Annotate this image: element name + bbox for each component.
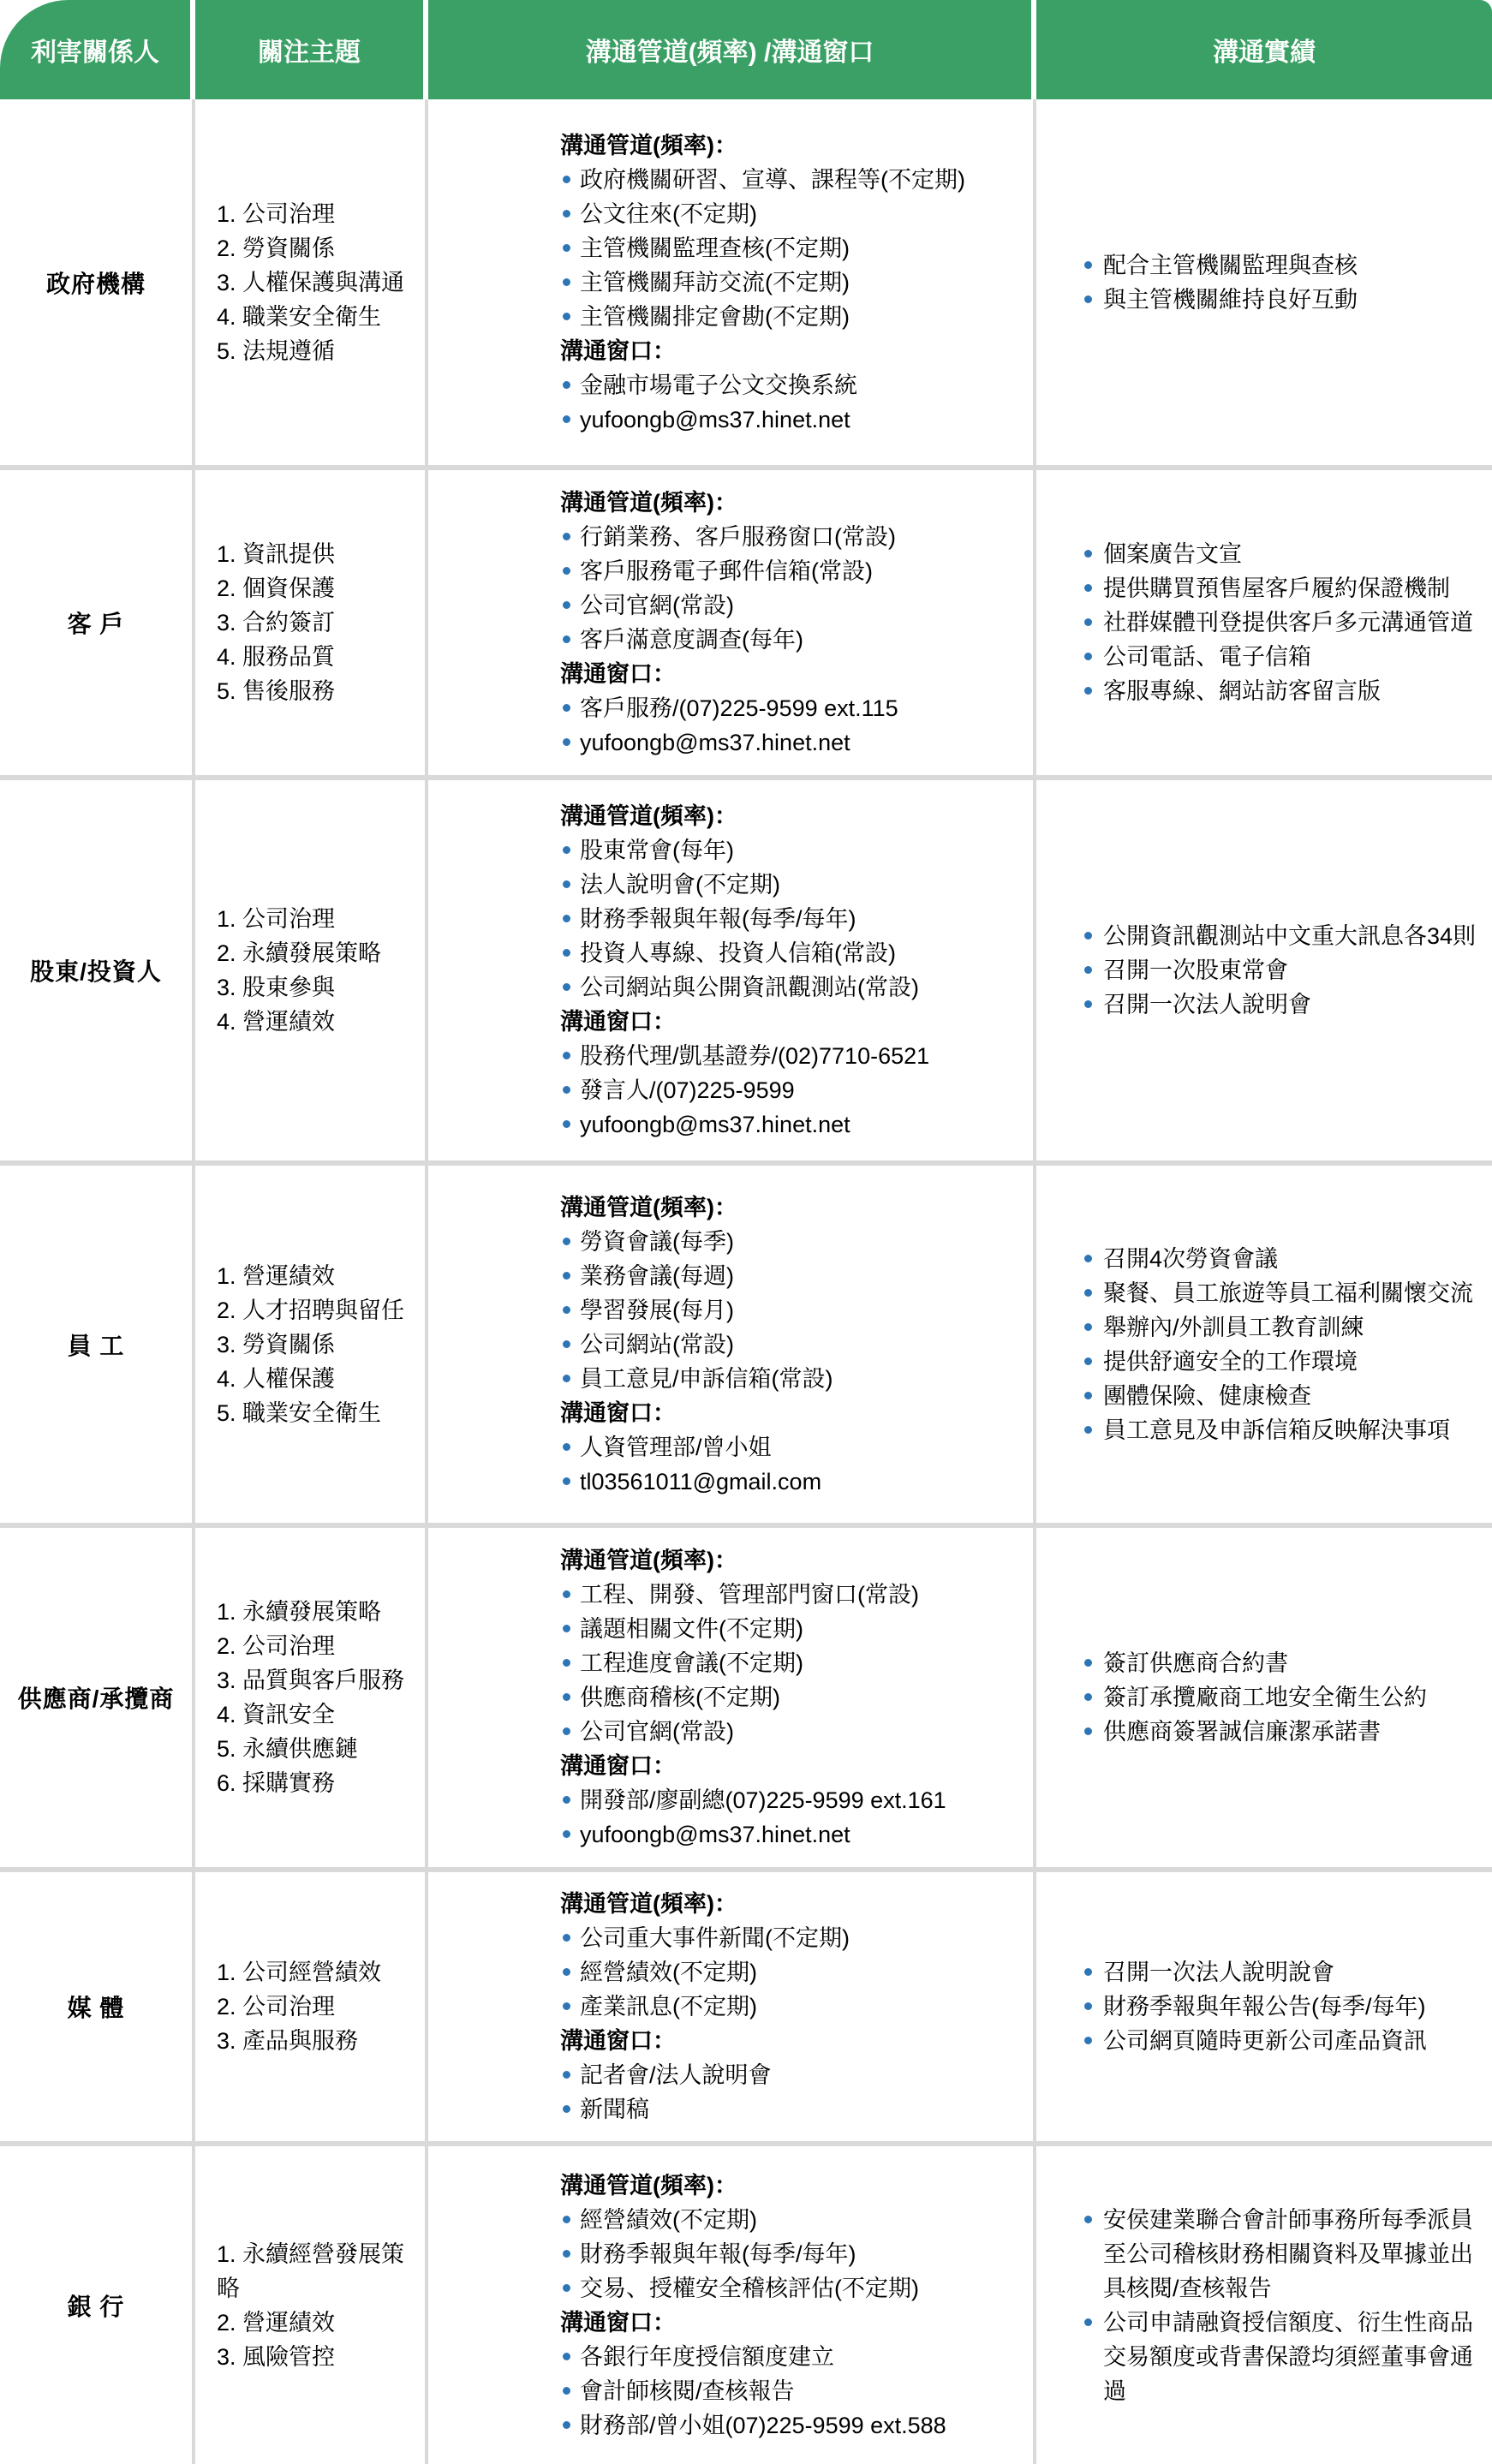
bullet-icon: [563, 983, 570, 991]
channel-item-text: 經營績效(不定期): [580, 1955, 757, 1990]
topic-item: 2. 勞資關係: [217, 231, 425, 265]
bullet-icon: [563, 1934, 570, 1942]
bullet-icon: [563, 381, 570, 389]
channels-cell: 溝通管道(頻率)：經營績效(不定期)財務季報與年報(每季/每年)交易、授權安全稽…: [428, 2141, 1036, 2464]
bullet-icon: [563, 278, 570, 286]
bullet-icon: [563, 949, 570, 957]
topic-item: 3. 人權保護與溝通: [217, 265, 425, 300]
result-item: 簽訂承攬廠商工地安全衛生公約: [1084, 1680, 1480, 1715]
bullet-icon: [1084, 261, 1092, 269]
channel-item-text: 公司官網(常設): [580, 1715, 734, 1749]
channel-item-text: yufoongb@ms37.hinet.net: [580, 1107, 850, 1142]
channel-item-text: 公司官網(常設): [580, 588, 734, 623]
results-cell: 召開一次法人說明說會財務季報與年報公告(每季/每年)公司網頁隨時更新公司產品資訊: [1036, 1867, 1492, 2141]
topic-item: 2. 公司治理: [217, 1990, 425, 2024]
result-item-text: 提供購買預售屋客戶履約保證機制: [1103, 571, 1450, 606]
channel-item: 法人說明會(不定期): [560, 868, 1033, 902]
result-item-text: 召開一次法人說明說會: [1103, 1955, 1334, 1990]
result-item: 召開一次法人說明會: [1084, 987, 1480, 1022]
channels-cell: 溝通管道(頻率)：行銷業務、客戶服務窗口(常設)客戶服務電子郵件信箱(常設)公司…: [428, 465, 1036, 775]
bullet-icon: [563, 846, 570, 854]
bullet-icon: [563, 1796, 570, 1804]
channel-item-text: 產業訊息(不定期): [580, 1990, 757, 2024]
stakeholder-cell: 客 戶: [0, 465, 195, 775]
channel-item: 投資人專線、投資人信箱(常設): [560, 936, 1033, 970]
channel-section-title: 溝通窗口：: [560, 334, 1033, 368]
channel-item-text: yufoongb@ms37.hinet.net: [580, 725, 850, 760]
bullet-icon: [1084, 618, 1092, 626]
bullet-icon: [1084, 584, 1092, 592]
topic-item: 4. 職業安全衛生: [217, 300, 425, 334]
bullet-icon: [563, 915, 570, 922]
topic-item: 3. 股東參與: [217, 970, 425, 1005]
channel-item: 客戶滿意度調查(每年): [560, 623, 1033, 657]
channel-item: 公司重大事件新聞(不定期): [560, 1921, 1033, 1955]
bullet-icon: [563, 880, 570, 888]
stakeholder-name: 員 工: [68, 1327, 125, 1362]
bullet-icon: [563, 567, 570, 575]
channel-item-text: 政府機關研習、宣導、課程等(不定期): [580, 163, 965, 197]
stakeholder-communication-table: 利害關係人 關注主題 溝通管道(頻率) /溝通窗口 溝通實績 政府機構1. 公司…: [0, 0, 1492, 2464]
bullet-icon: [563, 1272, 570, 1280]
channel-item-text: 會計師核閱/查核報告: [580, 2374, 795, 2408]
channel-item: 開發部/廖副總(07)225-9599 ext.161: [560, 1783, 1033, 1817]
channel-section-title: 溝通管道(頻率)：: [560, 1543, 1033, 1578]
topic-item: 3. 產品與服務: [217, 2024, 425, 2058]
result-item: 提供購買預售屋客戶履約保證機制: [1084, 571, 1480, 606]
bullet-icon: [563, 1238, 570, 1245]
channel-item: 主管機關排定會勘(不定期): [560, 300, 1033, 334]
channels-cell: 溝通管道(頻率)：公司重大事件新聞(不定期)經營績效(不定期)產業訊息(不定期)…: [428, 1867, 1036, 2141]
topic-item: 2. 人才招聘與留任: [217, 1293, 425, 1327]
channel-item-text: 公司網站(常設): [580, 1327, 734, 1362]
stakeholder-name: 政府機構: [46, 265, 146, 300]
stakeholder-name: 媒 體: [68, 1990, 125, 2024]
channel-item-text: 主管機關拜訪交流(不定期): [580, 265, 850, 300]
result-item-text: 社群媒體刊登提供客戶多元溝通管道: [1103, 606, 1473, 640]
channel-item-text: 主管機關排定會勘(不定期): [580, 300, 850, 334]
result-item: 客服專線、網站訪客留言版: [1084, 674, 1480, 708]
channel-item-text: 投資人專線、投資人信箱(常設): [580, 936, 896, 970]
channel-item-text: 客戶服務電子郵件信箱(常設): [580, 554, 873, 588]
channel-item-text: 公文往來(不定期): [580, 197, 757, 231]
channel-item: 行銷業務、客戶服務窗口(常設): [560, 520, 1033, 554]
channel-item: 客戶服務電子郵件信箱(常設): [560, 554, 1033, 588]
bullet-icon: [563, 2353, 570, 2360]
channel-item-text: 各銀行年度授信額度建立: [580, 2340, 834, 2374]
channel-item-text: yufoongb@ms37.hinet.net: [580, 403, 850, 437]
channel-item: 員工意見/申訴信箱(常設): [560, 1362, 1033, 1396]
channel-item: 主管機關拜訪交流(不定期): [560, 265, 1033, 300]
bullet-icon: [1084, 2002, 1092, 2010]
bullet-icon: [563, 601, 570, 609]
channel-section-title: 溝通管道(頻率)：: [560, 1190, 1033, 1225]
bullet-icon: [1084, 1968, 1092, 1976]
bullet-icon: [563, 1693, 570, 1701]
stakeholder-cell: 政府機構: [0, 99, 195, 465]
bullet-icon: [563, 2284, 570, 2292]
result-item: 安侯建業聯合會計師事務所每季派員至公司稽核財務相關資料及單據並出具核閱/查核報告: [1084, 2203, 1480, 2306]
topic-item: 3. 勞資關係: [217, 1327, 425, 1362]
channels-cell: 溝通管道(頻率)：股東常會(每年)法人說明會(不定期)財務季報與年報(每季/每年…: [428, 775, 1036, 1160]
channel-item-text: 財務季報與年報(每季/每年): [580, 2237, 856, 2271]
channel-item: 股東常會(每年): [560, 833, 1033, 868]
bullet-icon: [563, 1443, 570, 1451]
stakeholder-name: 供應商/承攬商: [18, 1680, 175, 1715]
bullet-icon: [563, 1306, 570, 1314]
channel-section-title: 溝通管道(頻率)：: [560, 486, 1033, 520]
channel-item-text: 行銷業務、客戶服務窗口(常設): [580, 520, 896, 554]
channel-item-text: 法人說明會(不定期): [580, 868, 780, 902]
results-cell: 個案廣告文宣提供購買預售屋客戶履約保證機制社群媒體刊登提供客戶多元溝通管道公司電…: [1036, 465, 1492, 775]
result-item: 公開資訊觀測站中文重大訊息各34則: [1084, 919, 1480, 953]
stakeholder-name: 銀 行: [68, 2288, 125, 2323]
result-item: 員工意見及申訴信箱反映解決事項: [1084, 1413, 1480, 1447]
topic-item: 1. 公司治理: [217, 902, 425, 936]
channel-item: 公司官網(常設): [560, 1715, 1033, 1749]
channel-item: 議題相關文件(不定期): [560, 1612, 1033, 1646]
header-label-channels: 溝通管道(頻率) /溝通窗口: [586, 31, 874, 69]
topic-item: 2. 公司治理: [217, 1629, 425, 1663]
channel-item: tl03561011@gmail.com: [560, 1465, 1033, 1499]
channel-item: 經營績效(不定期): [560, 1955, 1033, 1990]
bullet-icon: [563, 1830, 570, 1838]
bullet-icon: [563, 1340, 570, 1348]
channel-item: 供應商稽核(不定期): [560, 1680, 1033, 1715]
channel-item: 財務季報與年報(每季/每年): [560, 2237, 1033, 2271]
result-item-text: 與主管機關維持良好互動: [1103, 283, 1358, 317]
bullet-icon: [563, 1477, 570, 1485]
channel-item-text: 公司重大事件新聞(不定期): [580, 1921, 850, 1955]
channel-item-text: 發言人/(07)225-9599: [580, 1073, 795, 1107]
result-item: 社群媒體刊登提供客戶多元溝通管道: [1084, 606, 1480, 640]
stakeholder-cell: 員 工: [0, 1160, 195, 1523]
bullet-icon: [563, 533, 570, 540]
bullet-icon: [563, 1625, 570, 1632]
topic-item: 2. 永續發展策略: [217, 936, 425, 970]
bullet-icon: [563, 2105, 570, 2113]
bullet-icon: [1084, 966, 1092, 974]
topic-item: 3. 合約簽訂: [217, 606, 425, 640]
channel-section-title: 溝通管道(頻率)：: [560, 128, 1033, 163]
channel-item: 金融市場電子公文交換系統: [560, 368, 1033, 403]
bullet-icon: [563, 704, 570, 712]
bullet-icon: [563, 1120, 570, 1128]
stakeholder-cell: 股東/投資人: [0, 775, 195, 1160]
channel-item-text: 經營績效(不定期): [580, 2203, 757, 2237]
bullet-icon: [1084, 1357, 1092, 1365]
bullet-icon: [1084, 1255, 1092, 1262]
channel-item: 公文往來(不定期): [560, 197, 1033, 231]
stakeholder-cell: 媒 體: [0, 1867, 195, 2141]
result-item: 公司申請融資授信額度、衍生性商品交易額度或背書保證均須經董事會通過: [1084, 2306, 1480, 2408]
channel-item: 各銀行年度授信額度建立: [560, 2340, 1033, 2374]
bullet-icon: [1084, 1289, 1092, 1297]
channel-item: 經營績效(不定期): [560, 2203, 1033, 2237]
results-cell: 安侯建業聯合會計師事務所每季派員至公司稽核財務相關資料及單據並出具核閱/查核報告…: [1036, 2141, 1492, 2464]
channel-item-text: 人資管理部/曾小姐: [580, 1430, 772, 1465]
bullet-icon: [563, 2421, 570, 2429]
result-item-text: 召開一次法人說明會: [1103, 987, 1311, 1022]
topics-cell: 1. 資訊提供2. 個資保護3. 合約簽訂4. 服務品質5. 售後服務: [195, 465, 428, 775]
channel-item: 產業訊息(不定期): [560, 1990, 1033, 2024]
channel-item: 人資管理部/曾小姐: [560, 1430, 1033, 1465]
topic-item: 5. 售後服務: [217, 674, 425, 708]
bullet-icon: [1084, 1000, 1092, 1008]
result-item-text: 安侯建業聯合會計師事務所每季派員至公司稽核財務相關資料及單據並出具核閱/查核報告: [1103, 2203, 1480, 2306]
result-item: 聚餐、員工旅遊等員工福利關懷交流: [1084, 1276, 1480, 1310]
topics-cell: 1. 永續經營發展策略2. 營運績效3. 風險管控: [195, 2141, 428, 2464]
channel-item: yufoongb@ms37.hinet.net: [560, 1817, 1033, 1852]
channel-item: 勞資會議(每季): [560, 1225, 1033, 1259]
channel-section-title: 溝通管道(頻率)：: [560, 799, 1033, 833]
topic-item: 1. 永續經營發展策略: [217, 2237, 425, 2306]
bullet-icon: [1084, 295, 1092, 303]
stakeholder-name: 股東/投資人: [30, 953, 162, 987]
bullet-icon: [1084, 1426, 1092, 1434]
bullet-icon: [563, 176, 570, 183]
channel-item-text: 股東常會(每年): [580, 833, 734, 868]
channel-item: yufoongb@ms37.hinet.net: [560, 1107, 1033, 1142]
topic-item: 1. 永續發展策略: [217, 1595, 425, 1629]
result-item: 團體保險、健康檢查: [1084, 1379, 1480, 1413]
channel-item-text: yufoongb@ms37.hinet.net: [580, 1817, 850, 1852]
channel-item-text: 交易、授權安全稽核評估(不定期): [580, 2271, 919, 2306]
header-label-stakeholder: 利害關係人: [31, 31, 159, 69]
bullet-icon: [563, 313, 570, 320]
result-item-text: 聚餐、員工旅遊等員工福利關懷交流: [1103, 1276, 1473, 1310]
channel-item: 工程進度會議(不定期): [560, 1646, 1033, 1680]
channel-item: 學習發展(每月): [560, 1293, 1033, 1327]
topic-item: 4. 服務品質: [217, 640, 425, 674]
channel-item-text: 學習發展(每月): [580, 1293, 734, 1327]
channel-item-text: tl03561011@gmail.com: [580, 1465, 821, 1499]
channel-section-title: 溝通管道(頻率)：: [560, 2169, 1033, 2203]
header-cell-topics: 關注主題: [195, 0, 428, 99]
topics-cell: 1. 永續發展策略2. 公司治理3. 品質與客戶服務4. 資訊安全5. 永續供應…: [195, 1523, 428, 1867]
result-item-text: 舉辦內/外訓員工教育訓練: [1103, 1310, 1364, 1345]
channel-item: 會計師核閱/查核報告: [560, 2374, 1033, 2408]
result-item-text: 公司網頁隨時更新公司產品資訊: [1103, 2024, 1427, 2058]
channels-cell: 溝通管道(頻率)：工程、開發、管理部門窗口(常設)議題相關文件(不定期)工程進度…: [428, 1523, 1036, 1867]
bullet-icon: [563, 1659, 570, 1667]
result-item-text: 提供舒適安全的工作環境: [1103, 1345, 1358, 1379]
result-item: 公司電話、電子信箱: [1084, 640, 1480, 674]
topic-item: 4. 資訊安全: [217, 1697, 425, 1732]
stakeholder-cell: 銀 行: [0, 2141, 195, 2464]
bullet-icon: [1084, 1693, 1092, 1701]
channel-item: 主管機關監理查核(不定期): [560, 231, 1033, 265]
channel-item-text: 議題相關文件(不定期): [580, 1612, 803, 1646]
channel-item-text: 新聞稿: [580, 2092, 649, 2127]
bullet-icon: [563, 244, 570, 252]
channel-item: 財務季報與年報(每季/每年): [560, 902, 1033, 936]
result-item: 與主管機關維持良好互動: [1084, 283, 1480, 317]
result-item-text: 客服專線、網站訪客留言版: [1103, 674, 1381, 708]
channel-item: 客戶服務/(07)225-9599 ext.115: [560, 691, 1033, 725]
header-label-results: 溝通實績: [1213, 31, 1316, 69]
channel-section-title: 溝通窗口：: [560, 2024, 1033, 2058]
channel-item-text: 財務季報與年報(每季/每年): [580, 902, 856, 936]
bullet-icon: [563, 2250, 570, 2258]
bullet-icon: [1084, 1727, 1092, 1735]
channel-item: 公司官網(常設): [560, 588, 1033, 623]
bullet-icon: [563, 210, 570, 218]
result-item: 公司網頁隨時更新公司產品資訊: [1084, 2024, 1480, 2058]
stakeholder-name: 客 戶: [68, 606, 125, 640]
bullet-icon: [563, 2216, 570, 2223]
header-cell-stakeholder: 利害關係人: [0, 0, 195, 99]
topic-item: 5. 永續供應鏈: [217, 1732, 425, 1766]
bullet-icon: [1084, 932, 1092, 940]
channel-item-text: 業務會議(每週): [580, 1259, 734, 1293]
channel-item: 新聞稿: [560, 2092, 1033, 2127]
topics-cell: 1. 公司經營績效2. 公司治理3. 產品與服務: [195, 1867, 428, 2141]
bullet-icon: [1084, 687, 1092, 695]
channel-item-text: 主管機關監理查核(不定期): [580, 231, 850, 265]
channels-cell: 溝通管道(頻率)：勞資會議(每季)業務會議(每週)學習發展(每月)公司網站(常設…: [428, 1160, 1036, 1523]
bullet-icon: [1084, 1659, 1092, 1667]
stakeholder-cell: 供應商/承攬商: [0, 1523, 195, 1867]
result-item-text: 團體保險、健康檢查: [1103, 1379, 1311, 1413]
channel-section-title: 溝通窗口：: [560, 1005, 1033, 1039]
results-cell: 配合主管機關監理與查核與主管機關維持良好互動: [1036, 99, 1492, 465]
topic-item: 2. 營運績效: [217, 2306, 425, 2340]
topic-item: 4. 人權保護: [217, 1362, 425, 1396]
bullet-icon: [1084, 550, 1092, 558]
bullet-icon: [1084, 1323, 1092, 1331]
channel-item: 公司網站(常設): [560, 1327, 1033, 1362]
result-item-text: 公司電話、電子信箱: [1103, 640, 1311, 674]
channel-item: 交易、授權安全稽核評估(不定期): [560, 2271, 1033, 2306]
channel-item-text: 公司網站與公開資訊觀測站(常設): [580, 970, 919, 1005]
result-item-text: 配合主管機關監理與查核: [1103, 248, 1358, 283]
bullet-icon: [563, 1052, 570, 1059]
bullet-icon: [563, 1590, 570, 1598]
channel-section-title: 溝通管道(頻率)：: [560, 1887, 1033, 1921]
channel-item-text: 股務代理/凱基證券/(02)7710-6521: [580, 1039, 929, 1073]
topic-item: 3. 品質與客戶服務: [217, 1663, 425, 1697]
channel-item: yufoongb@ms37.hinet.net: [560, 725, 1033, 760]
channel-item: 財務部/曾小姐(07)225-9599 ext.588: [560, 2408, 1033, 2443]
bullet-icon: [563, 415, 570, 423]
result-item: 簽訂供應商合約書: [1084, 1646, 1480, 1680]
results-cell: 簽訂供應商合約書簽訂承攬廠商工地安全衛生公約供應商簽署誠信廉潔承諾書: [1036, 1523, 1492, 1867]
result-item: 召開一次股東常會: [1084, 953, 1480, 987]
bullet-icon: [1084, 2037, 1092, 2044]
result-item-text: 簽訂承攬廠商工地安全衛生公約: [1103, 1680, 1427, 1715]
bullet-icon: [563, 1375, 570, 1382]
bullet-icon: [1084, 1392, 1092, 1399]
result-item-text: 公司申請融資授信額度、衍生性商品交易額度或背書保證均須經董事會通過: [1103, 2306, 1480, 2408]
result-item-text: 召開一次股東常會: [1103, 953, 1288, 987]
result-item: 個案廣告文宣: [1084, 537, 1480, 571]
result-item: 財務季報與年報公告(每季/每年): [1084, 1990, 1480, 2024]
result-item: 配合主管機關監理與查核: [1084, 248, 1480, 283]
bullet-icon: [1084, 2318, 1092, 2326]
topic-item: 2. 個資保護: [217, 571, 425, 606]
channel-item: 記者會/法人說明會: [560, 2058, 1033, 2092]
topic-item: 5. 職業安全衛生: [217, 1396, 425, 1430]
result-item: 召開一次法人說明說會: [1084, 1955, 1480, 1990]
result-item-text: 召開4次勞資會議: [1103, 1242, 1278, 1276]
results-cell: 公開資訊觀測站中文重大訊息各34則召開一次股東常會召開一次法人說明會: [1036, 775, 1492, 1160]
topic-item: 1. 資訊提供: [217, 537, 425, 571]
bullet-icon: [563, 1968, 570, 1976]
topic-item: 3. 風險管控: [217, 2340, 425, 2374]
channel-item-text: 財務部/曾小姐(07)225-9599 ext.588: [580, 2408, 946, 2443]
bullet-icon: [563, 2071, 570, 2079]
header-cell-results: 溝通實績: [1036, 0, 1492, 99]
bullet-icon: [563, 1727, 570, 1735]
topic-item: 1. 營運績效: [217, 1259, 425, 1293]
channel-section-title: 溝通窗口：: [560, 2306, 1033, 2340]
bullet-icon: [563, 738, 570, 746]
topics-cell: 1. 營運績效2. 人才招聘與留任3. 勞資關係4. 人權保護5. 職業安全衛生: [195, 1160, 428, 1523]
result-item: 提供舒適安全的工作環境: [1084, 1345, 1480, 1379]
channel-item: 政府機關研習、宣導、課程等(不定期): [560, 163, 1033, 197]
topics-cell: 1. 公司治理2. 勞資關係3. 人權保護與溝通4. 職業安全衛生5. 法規遵循: [195, 99, 428, 465]
channel-item-text: 勞資會議(每季): [580, 1225, 734, 1259]
channel-item-text: 金融市場電子公文交換系統: [580, 368, 857, 403]
result-item-text: 供應商簽署誠信廉潔承諾書: [1103, 1715, 1381, 1749]
channel-section-title: 溝通窗口：: [560, 1396, 1033, 1430]
channel-item-text: 客戶服務/(07)225-9599 ext.115: [580, 691, 898, 725]
result-item-text: 員工意見及申訴信箱反映解決事項: [1103, 1413, 1450, 1447]
bullet-icon: [1084, 653, 1092, 660]
results-cell: 召開4次勞資會議聚餐、員工旅遊等員工福利關懷交流舉辦內/外訓員工教育訓練提供舒適…: [1036, 1160, 1492, 1523]
channel-item: 工程、開發、管理部門窗口(常設): [560, 1578, 1033, 1612]
channel-section-title: 溝通窗口：: [560, 657, 1033, 691]
channel-section-title: 溝通窗口：: [560, 1749, 1033, 1783]
channels-cell: 溝通管道(頻率)：政府機關研習、宣導、課程等(不定期)公文往來(不定期)主管機關…: [428, 99, 1036, 465]
bullet-icon: [1084, 2216, 1092, 2223]
topic-item: 4. 營運績效: [217, 1005, 425, 1039]
channel-item-text: 客戶滿意度調查(每年): [580, 623, 803, 657]
channel-item-text: 工程、開發、管理部門窗口(常設): [580, 1578, 919, 1612]
header-label-topics: 關注主題: [258, 31, 361, 69]
result-item-text: 財務季報與年報公告(每季/每年): [1103, 1990, 1425, 2024]
bullet-icon: [563, 2387, 570, 2395]
bullet-icon: [563, 1086, 570, 1094]
result-item: 召開4次勞資會議: [1084, 1242, 1480, 1276]
topic-item: 6. 採購實務: [217, 1766, 425, 1800]
channel-item-text: 記者會/法人說明會: [580, 2058, 772, 2092]
result-item-text: 公開資訊觀測站中文重大訊息各34則: [1103, 919, 1476, 953]
header-cell-channels: 溝通管道(頻率) /溝通窗口: [428, 0, 1036, 99]
channel-item-text: 員工意見/申訴信箱(常設): [580, 1362, 833, 1396]
topic-item: 5. 法規遵循: [217, 334, 425, 368]
channel-item: 股務代理/凱基證券/(02)7710-6521: [560, 1039, 1033, 1073]
channel-item-text: 工程進度會議(不定期): [580, 1646, 803, 1680]
channel-item: yufoongb@ms37.hinet.net: [560, 403, 1033, 437]
result-item: 供應商簽署誠信廉潔承諾書: [1084, 1715, 1480, 1749]
result-item: 舉辦內/外訓員工教育訓練: [1084, 1310, 1480, 1345]
channel-item: 公司網站與公開資訊觀測站(常設): [560, 970, 1033, 1005]
channel-item-text: 開發部/廖副總(07)225-9599 ext.161: [580, 1783, 946, 1817]
topic-item: 1. 公司治理: [217, 197, 425, 231]
result-item-text: 簽訂供應商合約書: [1103, 1646, 1288, 1680]
channel-item: 發言人/(07)225-9599: [560, 1073, 1033, 1107]
bullet-icon: [563, 635, 570, 643]
result-item-text: 個案廣告文宣: [1103, 537, 1242, 571]
topic-item: 1. 公司經營績效: [217, 1955, 425, 1990]
channel-item: 業務會議(每週): [560, 1259, 1033, 1293]
bullet-icon: [563, 2002, 570, 2010]
topics-cell: 1. 公司治理2. 永續發展策略3. 股東參與4. 營運績效: [195, 775, 428, 1160]
channel-item-text: 供應商稽核(不定期): [580, 1680, 780, 1715]
